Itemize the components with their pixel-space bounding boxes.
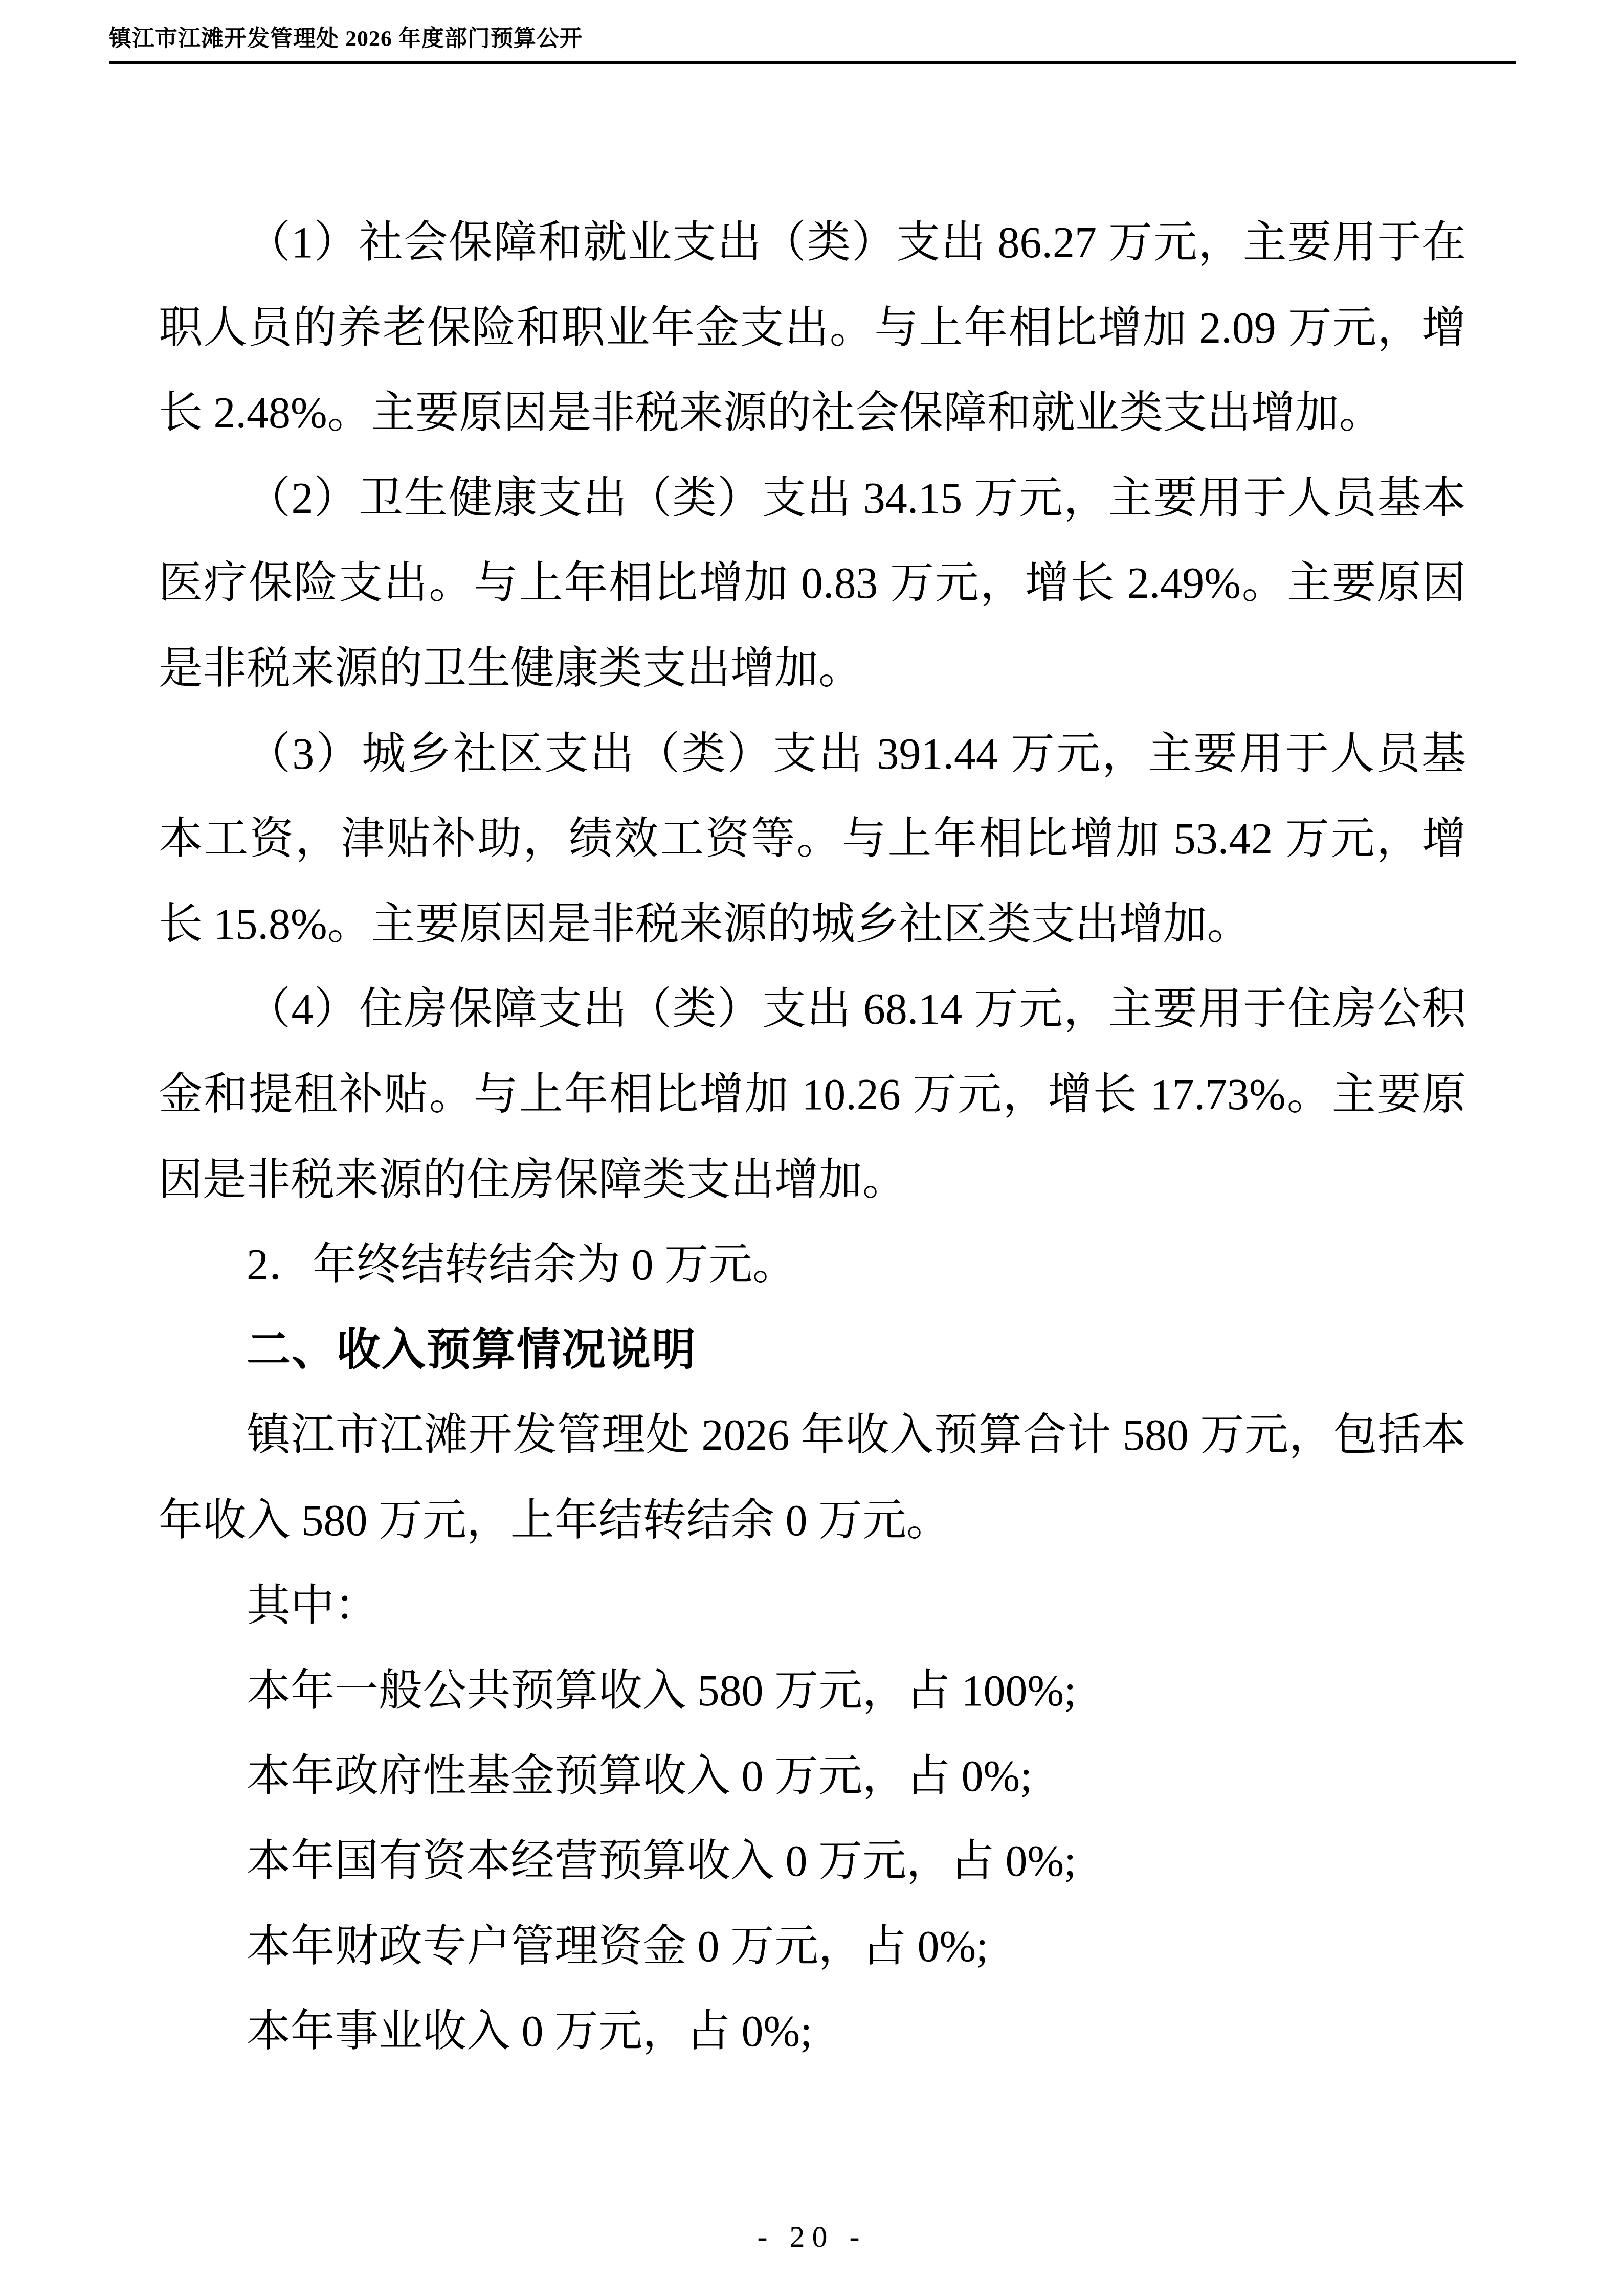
body-paragraph: （4）住房保障支出（类）支出 68.14 万元，主要用于住房公积金和提租补贴。与… bbox=[159, 966, 1466, 1222]
document-body: （1）社会保障和就业支出（类）支出 86.27 万元，主要用于在职人员的养老保险… bbox=[159, 200, 1466, 2074]
page-header: 镇江市江滩开发管理处 2026 年度部门预算公开 bbox=[109, 24, 1516, 64]
section-heading: 二、收入预算情况说明 bbox=[159, 1308, 1466, 1393]
body-paragraph: 镇江市江滩开发管理处 2026 年收入预算合计 580 万元，包括本年收入 58… bbox=[159, 1392, 1466, 1563]
header-rule bbox=[109, 61, 1516, 64]
body-paragraph: 本年一般公共预算收入 580 万元，占 100%; bbox=[159, 1648, 1466, 1734]
page-number: - 20 - bbox=[758, 2220, 867, 2254]
document-page: 镇江市江滩开发管理处 2026 年度部门预算公开 （1）社会保障和就业支出（类）… bbox=[0, 0, 1624, 2296]
body-paragraph: 本年国有资本经营预算收入 0 万元，占 0%; bbox=[159, 1818, 1466, 1904]
body-paragraph: 本年事业收入 0 万元，占 0%; bbox=[159, 1989, 1466, 2074]
body-paragraph: 本年财政专户管理资金 0 万元，占 0%; bbox=[159, 1904, 1466, 1989]
header-title: 镇江市江滩开发管理处 2026 年度部门预算公开 bbox=[109, 24, 1516, 54]
body-paragraph: 本年政府性基金预算收入 0 万元，占 0%; bbox=[159, 1734, 1466, 1819]
body-paragraph: （1）社会保障和就业支出（类）支出 86.27 万元，主要用于在职人员的养老保险… bbox=[159, 200, 1466, 456]
body-paragraph: （3）城乡社区支出（类）支出 391.44 万元，主要用于人员基本工资，津贴补助… bbox=[159, 711, 1466, 967]
body-paragraph: 其中： bbox=[159, 1563, 1466, 1649]
body-paragraph: （2）卫生健康支出（类）支出 34.15 万元，主要用于人员基本医疗保险支出。与… bbox=[159, 456, 1466, 711]
body-paragraph: 2．年终结转结余为 0 万元。 bbox=[159, 1222, 1466, 1308]
page-footer: - 20 - bbox=[0, 2219, 1624, 2255]
